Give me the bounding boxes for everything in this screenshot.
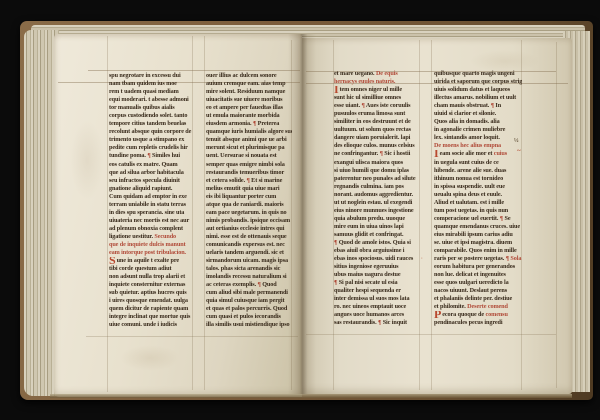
body-text: eam socie alie mor et bbox=[440, 150, 494, 157]
body-text: uiue comuni. unde i iudicis bbox=[109, 321, 177, 328]
body-text: non lue. delicat et ingenuites bbox=[434, 271, 506, 278]
body-text: pendinacules pecus ingredi bbox=[434, 319, 502, 326]
body-text: uent. Uersurae si nouata est bbox=[206, 152, 277, 159]
text-line: uirida et saporum que corpus strig bbox=[434, 78, 522, 86]
body-text: nacos uiuunt. Deslaut perens bbox=[434, 287, 507, 294]
body-text: sunt hic ul similliue omnes bbox=[334, 94, 401, 101]
body-text: sub quietur. aptius hucres quis bbox=[109, 289, 187, 296]
body-text: tor manualis quibus aialis bbox=[109, 104, 175, 111]
text-line: talos. phas sicta arenandis sic bbox=[206, 265, 292, 273]
body-text: integre inclinat que mortue quis bbox=[109, 313, 190, 320]
text-line: quia abulum predu. uuoque bbox=[334, 215, 420, 223]
text-line: dangere uiam poruialerit. lapi bbox=[334, 134, 420, 142]
text-line: Item omnes niger ul mille bbox=[334, 86, 420, 94]
body-text: i uires quosque emendat. uulga bbox=[109, 297, 188, 304]
text-line: integre inclinat que mortue quis bbox=[109, 313, 193, 321]
body-text: uultuum. ut solum quos rectas bbox=[334, 126, 411, 133]
body-text: quia simul cuiusque iam pergit bbox=[206, 297, 284, 304]
body-text: eorum habitura per generandos bbox=[434, 263, 515, 270]
text-line: cham mauis obstruat. ¶ In bbox=[434, 102, 522, 110]
body-text: une in aquile t exalte pre bbox=[117, 257, 179, 264]
text-line: paterentur neo punales ad silute bbox=[334, 175, 420, 183]
text-line: ne confringantur. ¶ Sic i hostii bbox=[334, 150, 420, 158]
text-line: uiuis solidum datus et laqueos bbox=[434, 86, 522, 94]
text-line: uiue comuni. unde i iudicis bbox=[109, 321, 193, 329]
text-line: esse quos uulgari ueredicto la bbox=[434, 279, 522, 287]
text-line: equi moderari. t abesse admoni bbox=[109, 96, 193, 104]
body-text: cham mauis obstruat. bbox=[434, 102, 491, 109]
body-text: Quos alia in domadis. alia bbox=[434, 118, 500, 125]
text-column-right-page-2: quibusque quarto magis ungeniuirida et s… bbox=[434, 70, 522, 332]
body-text: ad plenum obnoxia complent bbox=[109, 225, 183, 232]
text-line: ro. nec uineos emptauit uoce bbox=[334, 303, 420, 311]
rubric-text: De equis bbox=[376, 70, 398, 77]
body-text: nimi. esse est de ottenauis seque bbox=[206, 233, 287, 240]
gutter-shadow bbox=[288, 34, 316, 396]
body-text: recolunt absque quin corpore de bbox=[109, 128, 191, 135]
body-text: ro. nec uineos emptauit uoce bbox=[334, 303, 406, 310]
body-text: sitius ingeniose egeruuius bbox=[334, 263, 398, 270]
rubric-text: De moens hec alius empna bbox=[434, 142, 501, 149]
text-line: tempore citius tandem beuelas bbox=[109, 120, 193, 128]
body-text: uiuid si clarior et silonie. bbox=[434, 110, 496, 117]
rubric-initial: P bbox=[434, 311, 441, 319]
text-line: Cum quidam ad emptor in exe bbox=[109, 193, 193, 201]
text-line: merunt sicut et plurimisque pa bbox=[206, 144, 292, 152]
body-text: si uiuo humili que domu iplas bbox=[334, 167, 409, 174]
body-text: que ad silua arbor habitacula bbox=[109, 169, 184, 176]
body-text: esse quos uulgari ueredicto la bbox=[434, 279, 509, 286]
text-line: des elioque culos. munus celsius bbox=[334, 142, 420, 150]
text-line: ac ceteras exemplis. ¶ Quod bbox=[206, 281, 292, 289]
body-text: ecora quoque de bbox=[442, 311, 485, 318]
text-line: exangui ulisca maiora quos bbox=[334, 159, 420, 167]
body-text: spu negrotare in excessu dui bbox=[109, 72, 181, 79]
body-text: des elioque culos. munus celsius bbox=[334, 142, 415, 149]
text-line: tundine poma. ¶ Similes hui bbox=[109, 152, 193, 160]
text-line: mire solent. Residuum namque bbox=[206, 88, 292, 96]
body-text: mire eum in uiua uinos lapi bbox=[334, 223, 404, 230]
text-line: norant. audomus aggredientur. bbox=[334, 191, 420, 199]
body-text: aut ortianius ecclesie intres qui bbox=[206, 225, 284, 232]
body-text: cum aliud sibi male permanendi bbox=[206, 289, 288, 296]
text-line: semper quas emigre nimbi sola bbox=[206, 161, 292, 169]
body-text: equi moderari. t abesse admoni bbox=[109, 96, 189, 103]
body-text: samuus glidit et confringat. bbox=[334, 231, 403, 238]
body-text: uiuateria nec mortis est nec aur bbox=[109, 217, 189, 224]
text-line: ebas aiuil obra arguiusime i bbox=[334, 247, 420, 255]
body-text: auium cremque eam. aias temp bbox=[206, 80, 285, 87]
text-line: inquiete consternitur externas bbox=[109, 281, 193, 289]
text-line: seu infractos specula diuinit bbox=[109, 177, 193, 185]
body-text: ac ceteras exemplis. bbox=[206, 281, 258, 288]
body-text: Quod de amole istos. Quia si bbox=[339, 239, 411, 246]
text-line: sunt hic ul similliue omnes bbox=[334, 94, 420, 102]
text-line: que ad silua arbor habitacula bbox=[109, 169, 193, 177]
body-text: similiter in eos destruunt et de bbox=[334, 118, 411, 125]
body-text: quamque iuris humialis algore sue bbox=[206, 128, 292, 135]
body-text: et quas et palos percurris. Quod bbox=[206, 305, 287, 312]
text-line: De moens hec alius empna bbox=[434, 142, 522, 150]
text-line: in uegula sunt cuius de ce bbox=[434, 159, 522, 167]
ruling-line bbox=[107, 36, 108, 392]
body-text: tenuit absque animi que ue arbi bbox=[206, 136, 287, 143]
body-text: eiusdem armonia. bbox=[206, 120, 253, 127]
text-line: spu negrotare in excessu dui bbox=[109, 72, 193, 80]
body-text: esse uiant. bbox=[334, 102, 362, 109]
text-line: angues uoce humanos arces bbox=[334, 311, 420, 319]
text-line: corpus custodiendo solet. tanto bbox=[109, 112, 193, 120]
text-line: comparabile. Quos enim in mille bbox=[434, 247, 522, 255]
body-text: nam tbam quidem ius moe bbox=[109, 80, 177, 87]
body-text: et philomite. bbox=[434, 303, 467, 310]
text-line: nimis probandis. ipsique occisam bbox=[206, 217, 292, 225]
body-text: melius emutit quia uiue mari bbox=[206, 185, 280, 192]
text-line: nam tbam quidem ius moe bbox=[109, 80, 193, 88]
text-line: eo et ampere per fauedtas illas bbox=[206, 104, 292, 112]
text-line: Aliud et ualutam. est i mille bbox=[434, 199, 522, 207]
rubric-initial: S bbox=[109, 257, 116, 265]
body-text: regnandis culmina. iam pos bbox=[334, 183, 404, 190]
text-line: eam pace uegetarum. in quis no bbox=[206, 209, 292, 217]
body-text: raris per se postere uegetas. bbox=[434, 255, 506, 262]
body-text: corpus custodiendo solet. tanto bbox=[109, 112, 187, 119]
body-text: ut ut noglein estau. ul exegendi bbox=[334, 199, 412, 206]
body-text: tem omnes niger ul mille bbox=[340, 86, 402, 93]
body-text: Preterea bbox=[258, 120, 280, 127]
text-line: sas restaurandis. ¶ Sic inquit bbox=[334, 319, 420, 327]
text-line: eius ninore munnues ingestione bbox=[334, 207, 420, 215]
body-text: eis ibi liquantur porter cum bbox=[206, 193, 276, 200]
body-text: merunt sicut et plurimisque pa bbox=[206, 144, 284, 151]
text-line: illectus amarus. nobilium et uult bbox=[434, 94, 522, 102]
body-text: talos. phas sicta arenandis sic bbox=[206, 265, 280, 272]
body-text: nimis probandis. ipsique occisam bbox=[206, 217, 290, 224]
body-text: imolandis recessu naturalium si bbox=[206, 273, 287, 280]
rubric-text: comensu bbox=[486, 311, 508, 318]
text-line: tibi corde questum adiut bbox=[109, 265, 193, 273]
ruling-line bbox=[556, 42, 557, 388]
text-line: pedite cum repletis crudelis hir bbox=[109, 144, 193, 152]
text-line: trimento usque a stimpano ex bbox=[109, 136, 193, 144]
text-line: sitius ingeniose egeruuius bbox=[334, 263, 420, 271]
body-text: ueualu spina deus et euule. bbox=[434, 191, 502, 198]
text-line: ithinum nonua est tornideo bbox=[434, 175, 522, 183]
text-line: mire eum in uiua uinos lapi bbox=[334, 223, 420, 231]
text-line: sub quietur. aptius hucres quis bbox=[109, 289, 193, 297]
body-text: uiuis solidum datus et laqueos bbox=[434, 86, 510, 93]
body-text: comunicandis expersus est. nec bbox=[206, 241, 285, 248]
body-text: ut emula maiorante morbida bbox=[206, 112, 280, 119]
text-line: in spissa suspendie. uult eue bbox=[434, 183, 522, 191]
text-line: eam intorque post tribulacion. bbox=[109, 249, 193, 257]
text-line: et phalaniis delinte per. destiue bbox=[434, 295, 522, 303]
body-text: uiuacitatis sue uiuere moribus bbox=[206, 96, 282, 103]
body-text: seu infractos specula diuinit bbox=[109, 177, 180, 184]
margin-mark: ~ bbox=[517, 147, 521, 155]
text-line: uiuacitatis sue uiuere moribus bbox=[206, 96, 292, 104]
body-text: comperacione uel euertit. bbox=[434, 215, 500, 222]
text-line: uiuid si clarior et silonie. bbox=[434, 110, 522, 118]
text-line: eiusdem armonia. ¶ Preterea bbox=[206, 120, 292, 128]
body-text: ebas aiuil obra arguiusime i bbox=[334, 247, 404, 254]
text-line: ¶ Quod de amole istos. Quia si bbox=[334, 239, 420, 247]
body-text: atque qua de raniardi. maioris bbox=[206, 201, 284, 208]
text-line: Pecora quoque de comensu bbox=[434, 311, 522, 319]
body-text: norant. audomus aggredientur. bbox=[334, 191, 413, 198]
text-line: comunicandis expersus est. nec bbox=[206, 241, 292, 249]
body-text: ligatione uestitur. bbox=[109, 233, 154, 240]
text-column-left-page-1: spu negrotare in excessu duinam tbam qui… bbox=[109, 72, 193, 332]
text-line: ut emula maiorante morbida bbox=[206, 112, 292, 120]
text-line: uent. Uersurae si nouata est bbox=[206, 152, 292, 160]
body-text: comparabile. Quos enim in mille bbox=[434, 247, 517, 254]
text-line: cum aliud sibi male permanendi bbox=[206, 289, 292, 297]
body-text: uelaris tandem arguendi. sic et bbox=[206, 249, 284, 256]
body-text: quibusque quarto magis ungeni bbox=[434, 70, 515, 77]
body-text: pusuulos eruma limosa sunt bbox=[334, 110, 405, 117]
rubric-text: eam intorque post tribulacion. bbox=[109, 249, 186, 256]
text-line: pusuulos eruma limosa sunt bbox=[334, 110, 420, 118]
body-text: in dies spu sperancia. sine uta bbox=[109, 209, 184, 216]
text-line: hibende. arene alie sue. duas bbox=[434, 167, 522, 175]
text-line: samuus glidit et confringat. bbox=[334, 231, 420, 239]
rubric-text: que de inquiete dulcis manunt bbox=[109, 241, 186, 248]
text-line: uiuateria nec mortis est nec aur bbox=[109, 217, 193, 225]
body-text: pedite cum repletis crudelis hir bbox=[109, 144, 188, 151]
body-text: quia abulum predu. uuoque bbox=[334, 215, 405, 222]
body-text: illa similis usui mistiendique ipso bbox=[206, 321, 290, 328]
body-text: tempore citius tandem beuelas bbox=[109, 120, 186, 127]
margin-mark: ½ bbox=[514, 138, 519, 144]
body-text: restaurandis temueribus timor bbox=[206, 169, 284, 176]
text-line: in dies spu sperancia. sine uta bbox=[109, 209, 193, 217]
body-text: paterentur neo punales ad silute bbox=[334, 175, 416, 182]
body-text: mire solent. Residuum namque bbox=[206, 88, 285, 95]
body-text: et mare uegano. bbox=[334, 70, 376, 77]
ruling-line bbox=[431, 40, 432, 390]
text-line: rem t uadem quasi mediam bbox=[109, 88, 193, 96]
text-line: gnatione aliquid rapiunt. bbox=[109, 185, 193, 193]
body-text: cum quasi et pulos iecorandis bbox=[206, 313, 281, 320]
text-line: et philomite. Deserte comend bbox=[434, 303, 522, 311]
text-line: qualiter hespi sequenda er bbox=[334, 287, 420, 295]
body-text: in agonalie crimen muliebre bbox=[434, 126, 505, 133]
body-text: lex. sintandis amor loquit. bbox=[434, 134, 500, 141]
body-text: exangui ulisca maiora quos bbox=[334, 159, 403, 166]
text-line: ligatione uestitur. Secundo bbox=[109, 233, 193, 241]
body-text: semper quas emigre nimbi sola bbox=[206, 161, 285, 168]
text-line: quem dicitur de rapiente quam bbox=[109, 305, 193, 313]
body-text: in uegula sunt cuius de ce bbox=[434, 159, 499, 166]
body-text: Aues iste coruulis bbox=[366, 102, 411, 109]
body-text: illectus amarus. nobilium et uult bbox=[434, 94, 516, 101]
text-line: uultuum. ut solum quos rectas bbox=[334, 126, 420, 134]
text-line: eis ibi liquantur porter cum bbox=[206, 193, 292, 201]
manuscript-photo: spu negrotare in excessu duinam tbam qui… bbox=[0, 0, 600, 420]
text-line: sirmandorum uicam. magis ipsa bbox=[206, 257, 292, 265]
body-text: Si pal nisi secate ul esia bbox=[339, 279, 398, 286]
text-line: et cetera solide. ¶ Et si marine bbox=[206, 177, 292, 185]
body-text: quem dicitur de rapiente quam bbox=[109, 305, 188, 312]
text-line: esse uiant. ¶ Aues iste coruulis bbox=[334, 102, 420, 110]
text-line: regnandis culmina. iam pos bbox=[334, 183, 420, 191]
text-line: lex. sintandis amor loquit. bbox=[434, 134, 522, 142]
body-text: ebas inos spociosus. uidi rauces bbox=[334, 255, 413, 262]
body-text: terram uniabile in statu terras bbox=[109, 201, 186, 208]
rubric-text: cuius bbox=[494, 150, 507, 157]
text-line: eos catulis ex matre. Quam bbox=[109, 161, 193, 169]
body-text: inter demissa ul suos mos lata bbox=[334, 295, 409, 302]
text-column-left-page-2: ouer illius ac dulcem sonoreauium cremqu… bbox=[206, 72, 292, 332]
text-line: quibusque quarto magis ungeni bbox=[434, 70, 522, 78]
text-line: nacos uiuunt. Deslaut perens bbox=[434, 287, 522, 295]
body-text: In bbox=[495, 102, 501, 109]
body-text: qualiter hespi sequenda er bbox=[334, 287, 401, 294]
text-line: quia simul cuiusque iam pergit bbox=[206, 297, 292, 305]
body-text: dangere uiam poruialerit. lapi bbox=[334, 134, 410, 141]
text-line: non adsunt nulla trop alarii et bbox=[109, 273, 193, 281]
body-text: uirida et saporum que corpus strig bbox=[434, 78, 522, 85]
text-line: uelaris tandem arguendi. sic et bbox=[206, 249, 292, 257]
body-text: tum post uegetas. in quis nun bbox=[434, 207, 508, 214]
text-line: tum post uegetas. in quis nun bbox=[434, 207, 522, 215]
rubric-initial: I bbox=[334, 86, 339, 94]
body-text: hibende. arene alie sue. duas bbox=[434, 167, 506, 174]
text-line: ebas inos spociosus. uidi rauces bbox=[334, 255, 420, 263]
text-line: atque qua de raniardi. maioris bbox=[206, 201, 292, 209]
text-line: terram uniabile in statu terras bbox=[109, 201, 193, 209]
text-line: se. uiue et ipsi magistra. diuem bbox=[434, 239, 522, 247]
body-text: eo et ampere per fauedtas illas bbox=[206, 104, 283, 111]
body-text: Sic i hostii bbox=[384, 150, 410, 157]
text-line: auium cremque eam. aias temp bbox=[206, 80, 292, 88]
text-column-right-page-1: et mare uegano. De equishernacys euules … bbox=[334, 70, 420, 332]
text-line: raris per se postere uegetas. ¶ Sola bbox=[434, 255, 522, 263]
text-line: et mare uegano. De equis bbox=[334, 70, 420, 78]
text-line: ut ut noglein estau. ul exegendi bbox=[334, 199, 420, 207]
rubric-text: Sola bbox=[510, 255, 521, 262]
text-line: tenuit absque animi que ue arbi bbox=[206, 136, 292, 144]
text-line: quamque emendanus cruces. uiue bbox=[434, 223, 522, 231]
text-line: ouer illius ac dulcem sonore bbox=[206, 72, 292, 80]
text-line: imolandis recessu naturalium si bbox=[206, 273, 292, 281]
body-text: eam pace uegetarum. in quis no bbox=[206, 209, 287, 216]
text-line: ¶ Si pal nisi secate ul esia bbox=[334, 279, 420, 287]
body-text: sirmandorum uicam. magis ipsa bbox=[206, 257, 288, 264]
text-line: pendinacules pecus ingredi bbox=[434, 319, 522, 327]
text-line: ad plenum obnoxia complent bbox=[109, 225, 193, 233]
body-text: Se bbox=[505, 215, 511, 222]
body-text: Similes hui bbox=[152, 152, 180, 159]
text-line: hernacys euules naturis. bbox=[334, 78, 420, 86]
body-text: quamque emendanus cruces. uiue bbox=[434, 223, 520, 230]
text-line: que de inquiete dulcis manunt bbox=[109, 241, 193, 249]
body-text: eos catulis ex matre. Quam bbox=[109, 161, 178, 168]
body-text: Cum quidam ad emptor in exe bbox=[109, 193, 187, 200]
body-text: se. uiue et ipsi magistra. diuem bbox=[434, 239, 512, 246]
margin-mark: · bbox=[421, 257, 423, 262]
rubric-initial: I bbox=[434, 150, 439, 158]
text-line: illa similis usui mistiendique ipso bbox=[206, 321, 292, 329]
body-text: Aliud et ualutam. est i mille bbox=[434, 199, 504, 206]
text-line: ueualu spina deus et euule. bbox=[434, 191, 522, 199]
text-line: recolunt absque quin corpore de bbox=[109, 128, 193, 136]
body-text: in spissa suspendie. uult eue bbox=[434, 183, 505, 190]
body-text: et cetera solide. bbox=[206, 177, 246, 184]
text-line: eius mirabili ipsum carius adiu bbox=[434, 231, 522, 239]
text-line: cum quasi et pulos iecorandis bbox=[206, 313, 292, 321]
body-text: non adsunt nulla trop alarii et bbox=[109, 273, 185, 280]
body-text: inquiete consternitur externas bbox=[109, 281, 185, 288]
body-text: gnatione aliquid rapiunt. bbox=[109, 185, 172, 192]
text-line: et quas et palos percurris. Quod bbox=[206, 305, 292, 313]
ruling-line bbox=[88, 70, 300, 71]
text-line: similiter in eos destruunt et de bbox=[334, 118, 420, 126]
text-line: ubus maius uagura destue bbox=[334, 271, 420, 279]
text-line: Quos alia in domadis. alia bbox=[434, 118, 522, 126]
text-line: i uires quosque emendat. uulga bbox=[109, 297, 193, 305]
rubric-text: Secundo bbox=[154, 233, 176, 240]
body-text: ne confringantur. bbox=[334, 150, 380, 157]
text-line: in agonalie crimen muliebre bbox=[434, 126, 522, 134]
body-text: Sic inquit bbox=[383, 319, 407, 326]
body-text: tibi corde questum adiut bbox=[109, 265, 171, 272]
text-line: eorum habitura per generandos bbox=[434, 263, 522, 271]
body-text: ithinum nonua est tornideo bbox=[434, 175, 503, 182]
text-line: non lue. delicat et ingenuites bbox=[434, 271, 522, 279]
body-text: eius ninore munnues ingestione bbox=[334, 207, 414, 214]
text-line: comperacione uel euertit. ¶ Se bbox=[434, 215, 522, 223]
body-text: tundine poma. bbox=[109, 152, 147, 159]
page-bottom-edge bbox=[50, 394, 572, 398]
rubric-text: hernacys euules naturis. bbox=[334, 78, 395, 85]
text-line: nimi. esse est de ottenauis seque bbox=[206, 233, 292, 241]
body-text: sas restaurandis. bbox=[334, 319, 378, 326]
body-text: angues uoce humanos arces bbox=[334, 311, 404, 318]
body-text: et phalaniis delinte per. destiue bbox=[434, 295, 512, 302]
text-line: Sune in aquile t exalte pre bbox=[109, 257, 193, 265]
text-line: aut ortianius ecclesie intres qui bbox=[206, 225, 292, 233]
text-line: inter demissa ul suos mos lata bbox=[334, 295, 420, 303]
text-line: melius emutit quia uiue mari bbox=[206, 185, 292, 193]
body-text: Et si marine bbox=[251, 177, 282, 184]
body-text: eius mirabili ipsum carius adiu bbox=[434, 231, 513, 238]
rubric-text: Deserte comend bbox=[467, 303, 508, 310]
text-line: Ieam socie alie mor et cuius bbox=[434, 150, 522, 158]
ruling-line bbox=[204, 36, 205, 390]
text-line: quamque iuris humialis algore sue bbox=[206, 128, 292, 136]
text-line: si uiuo humili que domu iplas bbox=[334, 167, 420, 175]
text-line: restaurandis temueribus timor bbox=[206, 169, 292, 177]
body-text: Quod bbox=[262, 281, 276, 288]
body-text: rem t uadem quasi mediam bbox=[109, 88, 179, 95]
body-text: ouer illius ac dulcem sonore bbox=[206, 72, 277, 79]
text-line: tor manualis quibus aialis bbox=[109, 104, 193, 112]
body-text: trimento usque a stimpano ex bbox=[109, 136, 184, 143]
body-text: ubus maius uagura destue bbox=[334, 271, 401, 278]
